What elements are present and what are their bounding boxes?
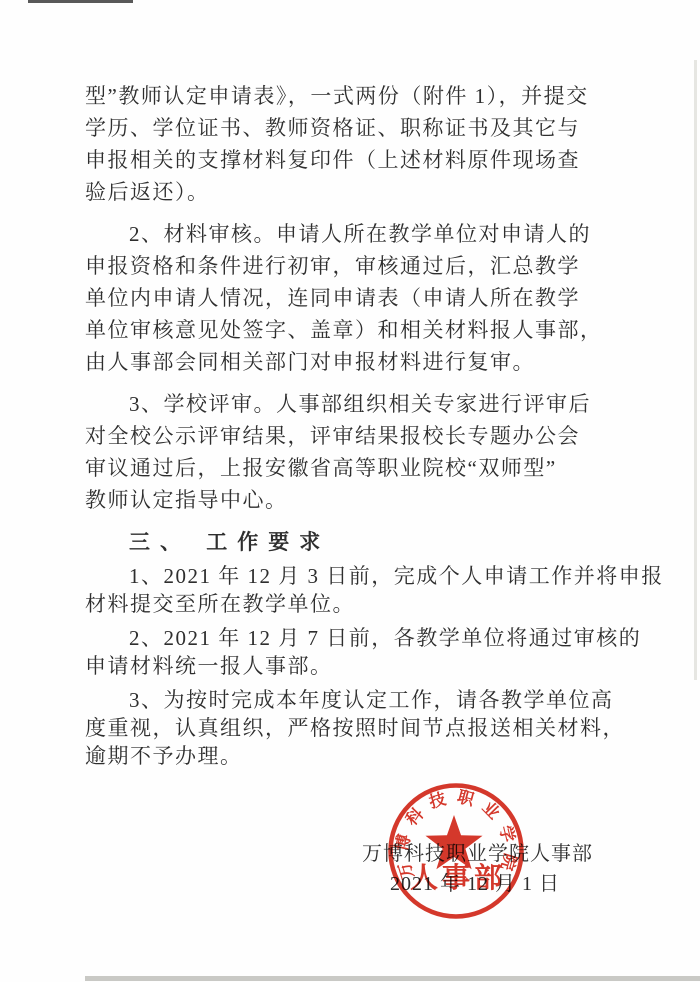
text-line: 申请材料统一报人事部。: [85, 652, 645, 680]
text-line: 2、2021 年 12 月 7 日前，各教学单位将通过审核的: [85, 624, 645, 652]
star-icon: [425, 815, 482, 869]
para-deadline-unit: 2、2021 年 12 月 7 日前，各教学单位将通过审核的申请材料统一报人事部…: [85, 624, 645, 680]
text-line: 型”教师认定申请表》，一式两份（附件 1），并提交: [85, 80, 645, 112]
text-line: 申报相关的支撑材料复印件（上述材料原件现场查: [85, 144, 645, 176]
text-line: 审议通过后，上报安徽省高等职业院校“双师型”: [85, 452, 645, 484]
text-line: 申报资格和条件进行初审，审核通过后，汇总教学: [85, 250, 645, 282]
scan-artifact-right-edge: [694, 60, 697, 680]
para-emphasis: 3、为按时完成本年度认定工作，请各教学单位高度重视，认真组织，严格按照时间节点报…: [85, 686, 645, 770]
text-line: 2、材料审核。申请人所在教学单位对申请人的: [85, 218, 645, 250]
official-seal: 万博科技职业学院 人事部: [386, 781, 526, 921]
text-line: 教师认定指导中心。: [85, 484, 645, 516]
text-line: 3、学校评审。人事部组织相关专家进行评审后: [85, 388, 645, 420]
text-line: 验后返还）。: [85, 176, 645, 208]
document-content: 型”教师认定申请表》，一式两份（附件 1），并提交学历、学位证书、教师资格证、职…: [0, 0, 675, 898]
scan-artifact-bottom-band: [85, 976, 700, 981]
text-line: 单位内申请人情况，连同申请表（申请人所在教学: [85, 282, 645, 314]
text-line: 3、为按时完成本年度认定工作，请各教学单位高: [85, 686, 645, 714]
text-line: 三、 工作要求: [85, 526, 645, 558]
text-line: 学历、学位证书、教师资格证、职称证书及其它与: [85, 112, 645, 144]
para-deadline-individual: 1、2021 年 12 月 3 日前，完成个人申请工作并将申报材料提交至所在教学…: [85, 562, 645, 618]
text-line: 单位审核意见处签字、盖章）和相关材料报人事部，: [85, 314, 645, 346]
paragraph-list: 型”教师认定申请表》，一式两份（附件 1），并提交学历、学位证书、教师资格证、职…: [85, 80, 645, 770]
text-line: 对全校公示评审结果，评审结果报校长专题办公会: [85, 420, 645, 452]
signature-block: 万博科技职业学院人事部 2021 年 12 月 1 日: [85, 840, 645, 898]
text-line: 度重视，认真组织，严格按照时间节点报送相关材料，: [85, 714, 645, 742]
para-application-continuation: 型”教师认定申请表》，一式两份（附件 1），并提交学历、学位证书、教师资格证、职…: [85, 80, 645, 208]
text-line: 1、2021 年 12 月 3 日前，完成个人申请工作并将申报: [85, 562, 645, 590]
heading-work-requirements: 三、 工作要求: [85, 526, 645, 558]
text-line: 材料提交至所在教学单位。: [85, 590, 645, 618]
document-page: 型”教师认定申请表》，一式两份（附件 1），并提交学历、学位证书、教师资格证、职…: [0, 0, 700, 982]
text-line: 逾期不予办理。: [85, 742, 645, 770]
seal-department-text: 人事部: [410, 862, 506, 894]
para-material-review: 2、材料审核。申请人所在教学单位对申请人的申报资格和条件进行初审，审核通过后，汇…: [85, 218, 645, 378]
text-line: 由人事部会同相关部门对申报材料进行复审。: [85, 346, 645, 378]
para-school-review: 3、学校评审。人事部组织相关专家进行评审后对全校公示评审结果，评审结果报校长专题…: [85, 388, 645, 516]
